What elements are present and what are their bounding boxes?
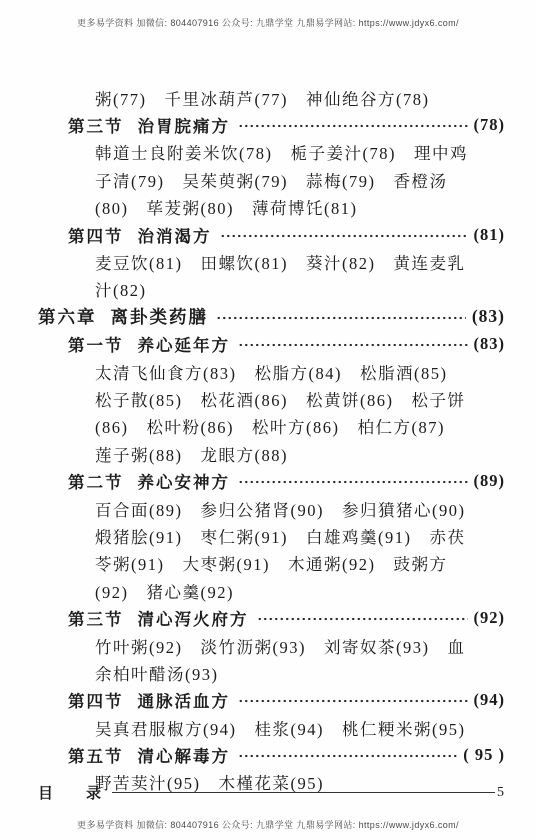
- recipe-items-text: 百合面(89) 参归公猪肾(90) 参归獖猪心(90): [95, 497, 465, 521]
- toc-entry-items: (92) 猪心羹(92): [95, 577, 505, 604]
- toc-entry-items: (86) 松叶粉(86) 松叶方(86) 柏仁方(87): [95, 413, 505, 440]
- toc-entry-section: 第二节养心安神方(89): [68, 467, 505, 494]
- toc-entry-section: 第三节治胃脘痛方(78): [68, 111, 505, 138]
- section-number-label: 第一节: [68, 332, 124, 356]
- scanned-toc-page: 更多易学资料 加微信: 804407916 公众号: 九鼎学堂 九鼎易学网站: …: [0, 0, 536, 840]
- toc-entry-items: 煅猪脍(91) 枣仁粥(91) 白雄鸡羹(91) 赤茯: [95, 522, 505, 549]
- watermark-bottom: 更多易学资料 加微信: 804407916 公众号: 九鼎学堂 九鼎易学网站: …: [0, 818, 536, 831]
- dot-leader: [238, 117, 468, 134]
- recipe-items-text: 吴真君服椒方(94) 桂浆(94) 桃仁粳米粥(95): [95, 716, 465, 740]
- dot-leader: [238, 747, 457, 764]
- recipe-items-text: 韩道士良附姜米饮(78) 栀子姜汁(78) 理中鸡: [95, 140, 468, 164]
- dot-leader: [216, 308, 466, 326]
- section-title: 治胃脘痛方: [138, 113, 231, 137]
- watermark-top: 更多易学资料 加微信: 804407916 公众号: 九鼎学堂 九鼎易学网站: …: [0, 16, 536, 29]
- footer-rule-line: [112, 792, 495, 793]
- toc-entry-items: 松子散(85) 松花酒(86) 松黄饼(86) 松子饼: [95, 385, 505, 412]
- section-title: 清心解毒方: [138, 743, 231, 767]
- recipe-items-text: (92) 猪心羹(92): [95, 579, 234, 603]
- chapter-title: 离卦类药膳: [111, 304, 209, 329]
- toc-entry-items: 余柏叶醋汤(93): [95, 659, 505, 686]
- entry-page-number: ( 95 ): [463, 745, 505, 765]
- toc-entry-items: 粥(77) 千里冰葫芦(77) 神仙绝谷方(78): [95, 84, 505, 111]
- recipe-items-text: (80) 荜茇粥(80) 薄荷博饦(81): [95, 195, 357, 219]
- toc-entry-items: (80) 荜茇粥(80) 薄荷博饦(81): [95, 194, 505, 221]
- toc-entry-items: 竹叶粥(92) 淡竹沥粥(93) 刘寄奴茶(93) 血: [95, 632, 505, 659]
- footer-page-number: 5: [497, 785, 505, 801]
- recipe-items-text: 竹叶粥(92) 淡竹沥粥(93) 刘寄奴茶(93) 血: [95, 634, 465, 658]
- dot-leader: [257, 610, 468, 627]
- section-title: 清心泻火府方: [138, 606, 249, 630]
- page-footer: 目 录 5: [38, 782, 505, 803]
- toc-entry-items: 太清飞仙食方(83) 松脂方(84) 松脂酒(85): [95, 358, 505, 385]
- section-number-label: 第三节: [68, 113, 124, 137]
- toc-entry-chapter: 第六章离卦类药膳(83): [38, 303, 505, 330]
- recipe-items-text: 莲子粥(88) 龙眼方(88): [95, 442, 288, 466]
- recipe-items-text: 煅猪脍(91) 枣仁粥(91) 白雄鸡羹(91) 赤茯: [95, 524, 465, 548]
- toc-entry-items: 吴真君服椒方(94) 桂浆(94) 桃仁粳米粥(95): [95, 714, 505, 741]
- recipe-items-text: 苓粥(91) 大枣粥(91) 木通粥(92) 豉粥方: [95, 551, 447, 575]
- section-number-label: 第三节: [68, 606, 124, 630]
- recipe-items-text: 松子散(85) 松花酒(86) 松黄饼(86) 松子饼: [95, 387, 465, 411]
- section-title: 养心安神方: [138, 469, 231, 493]
- entry-page-number: (83): [474, 334, 506, 354]
- entry-page-number: (83): [472, 306, 505, 327]
- toc-entry-items: 百合面(89) 参归公猪肾(90) 参归獖猪心(90): [95, 495, 505, 522]
- toc-entry-items: 子清(79) 吴茱萸粥(79) 蒜梅(79) 香橙汤: [95, 166, 505, 193]
- toc-entry-items: 汁(82): [95, 276, 505, 303]
- section-number-label: 第二节: [68, 469, 124, 493]
- dot-leader: [220, 226, 468, 243]
- section-title: 治消渴方: [138, 223, 212, 247]
- toc-entry-items: 苓粥(91) 大枣粥(91) 木通粥(92) 豉粥方: [95, 550, 505, 577]
- footer-running-title: 目 录: [38, 782, 102, 803]
- recipe-items-text: 子清(79) 吴茱萸粥(79) 蒜梅(79) 香橙汤: [95, 168, 447, 192]
- recipe-items-text: 余柏叶醋汤(93): [95, 661, 219, 685]
- entry-page-number: (94): [474, 690, 506, 710]
- recipe-items-text: 麦豆饮(81) 田螺饮(81) 葵汁(82) 黄连麦乳: [95, 250, 465, 274]
- toc-list: 粥(77) 千里冰葫芦(77) 神仙绝谷方(78)第三节治胃脘痛方(78)韩道士…: [38, 84, 505, 796]
- dot-leader: [238, 473, 468, 490]
- entry-page-number: (78): [474, 115, 506, 135]
- recipe-items-text: 粥(77) 千里冰葫芦(77) 神仙绝谷方(78): [95, 86, 429, 110]
- dot-leader: [238, 692, 468, 709]
- entry-page-number: (89): [474, 471, 506, 491]
- toc-entry-section: 第三节清心泻火府方(92): [68, 604, 505, 631]
- toc-entry-section: 第五节清心解毒方( 95 ): [68, 741, 505, 768]
- toc-entry-section: 第四节通脉活血方(94): [68, 687, 505, 714]
- toc-entry-items: 韩道士良附姜米饮(78) 栀子姜汁(78) 理中鸡: [95, 139, 505, 166]
- recipe-items-text: 汁(82): [95, 277, 147, 301]
- section-number-label: 第五节: [68, 743, 124, 767]
- section-number-label: 第四节: [68, 223, 124, 247]
- entry-page-number: (81): [474, 225, 506, 245]
- recipe-items-text: 太清飞仙食方(83) 松脂方(84) 松脂酒(85): [95, 360, 447, 384]
- section-title: 通脉活血方: [138, 688, 231, 712]
- chapter-number-label: 第六章: [38, 304, 97, 329]
- toc-entry-section: 第一节养心延年方(83): [68, 331, 505, 358]
- entry-page-number: (92): [474, 608, 506, 628]
- section-number-label: 第四节: [68, 688, 124, 712]
- toc-entry-items: 莲子粥(88) 龙眼方(88): [95, 440, 505, 467]
- toc-entry-section: 第四节治消渴方(81): [68, 221, 505, 248]
- dot-leader: [238, 336, 468, 353]
- toc-entry-items: 麦豆饮(81) 田螺饮(81) 葵汁(82) 黄连麦乳: [95, 248, 505, 275]
- section-title: 养心延年方: [138, 332, 231, 356]
- recipe-items-text: (86) 松叶粉(86) 松叶方(86) 柏仁方(87): [95, 414, 445, 438]
